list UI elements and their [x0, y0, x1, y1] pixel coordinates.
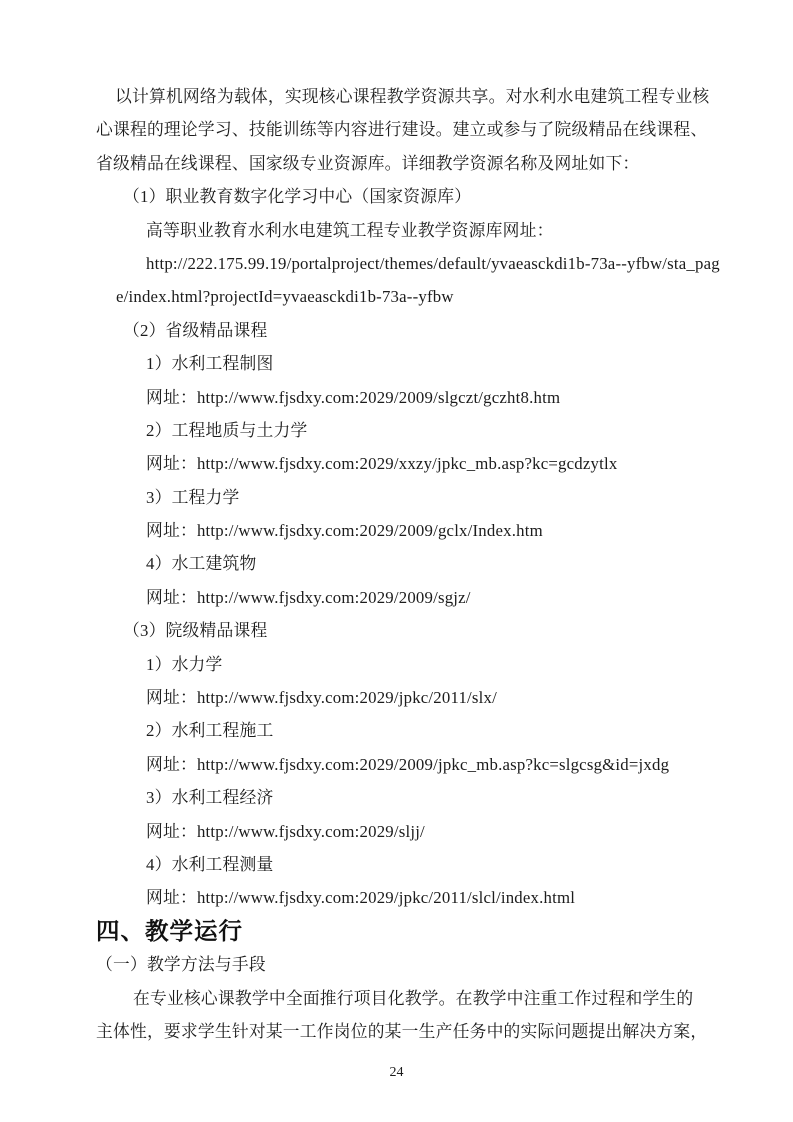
url-line: 网址：http://www.fjsdxy.com:2029/2009/sgjz/ [146, 581, 704, 614]
body-line: 心课程的理论学习、技能训练等内容进行建设。建立或参与了院级精品在线课程、 [96, 113, 704, 146]
url-line: 网址：http://www.fjsdxy.com:2029/2009/jpkc_… [146, 748, 704, 781]
url-line: 网址：http://www.fjsdxy.com:2029/jpkc/2011/… [146, 681, 704, 714]
url-line: e/index.html?projectId=yvaeasckdi1b-73a-… [116, 280, 704, 313]
course-title: 2）工程地质与土力学 [146, 414, 704, 447]
list-item-national: （1）职业教育数字化学习中心（国家资源库） [123, 180, 704, 213]
url-line: 网址：http://www.fjsdxy.com:2029/xxzy/jpkc_… [146, 447, 704, 480]
subsection-heading: （一）教学方法与手段 [96, 948, 704, 981]
page-number: 24 [0, 1056, 793, 1089]
course-title: 4）水利工程测量 [146, 848, 704, 881]
url-line: 网址：http://www.fjsdxy.com:2029/2009/gclx/… [146, 514, 704, 547]
course-title: 3）水利工程经济 [146, 781, 704, 814]
body-line: 高等职业教育水利水电建筑工程专业教学资源库网址： [146, 214, 704, 247]
url-line: http://222.175.99.19/portalproject/theme… [146, 247, 704, 280]
course-title: 1）水利工程制图 [146, 347, 704, 380]
body-line: 省级精品在线课程、国家级专业资源库。详细教学资源名称及网址如下： [96, 147, 704, 180]
section-heading: 四、教学运行 [96, 915, 704, 948]
body-line: 以计算机网络为载体，实现核心课程教学资源共享。对水利水电建筑工程专业核 [115, 80, 704, 113]
body-line: 主体性，要求学生针对某一工作岗位的某一生产任务中的实际问题提出解决方案， [96, 1015, 704, 1048]
url-line: 网址：http://www.fjsdxy.com:2029/2009/slgcz… [146, 381, 704, 414]
course-title: 2）水利工程施工 [146, 714, 704, 747]
list-item-provincial: （2）省级精品课程 [123, 314, 704, 347]
body-line: 在专业核心课教学中全面推行项目化教学。在教学中注重工作过程和学生的 [133, 982, 704, 1015]
document-page: 以计算机网络为载体，实现核心课程教学资源共享。对水利水电建筑工程专业核 心课程的… [0, 0, 793, 1122]
list-item-college: （3）院级精品课程 [123, 614, 704, 647]
url-line: 网址：http://www.fjsdxy.com:2029/sljj/ [146, 815, 704, 848]
course-title: 1）水力学 [146, 648, 704, 681]
course-title: 4）水工建筑物 [146, 547, 704, 580]
course-title: 3）工程力学 [146, 481, 704, 514]
document-text-block: 以计算机网络为载体，实现核心课程教学资源共享。对水利水电建筑工程专业核 心课程的… [96, 80, 704, 1048]
url-line: 网址：http://www.fjsdxy.com:2029/jpkc/2011/… [146, 881, 704, 914]
